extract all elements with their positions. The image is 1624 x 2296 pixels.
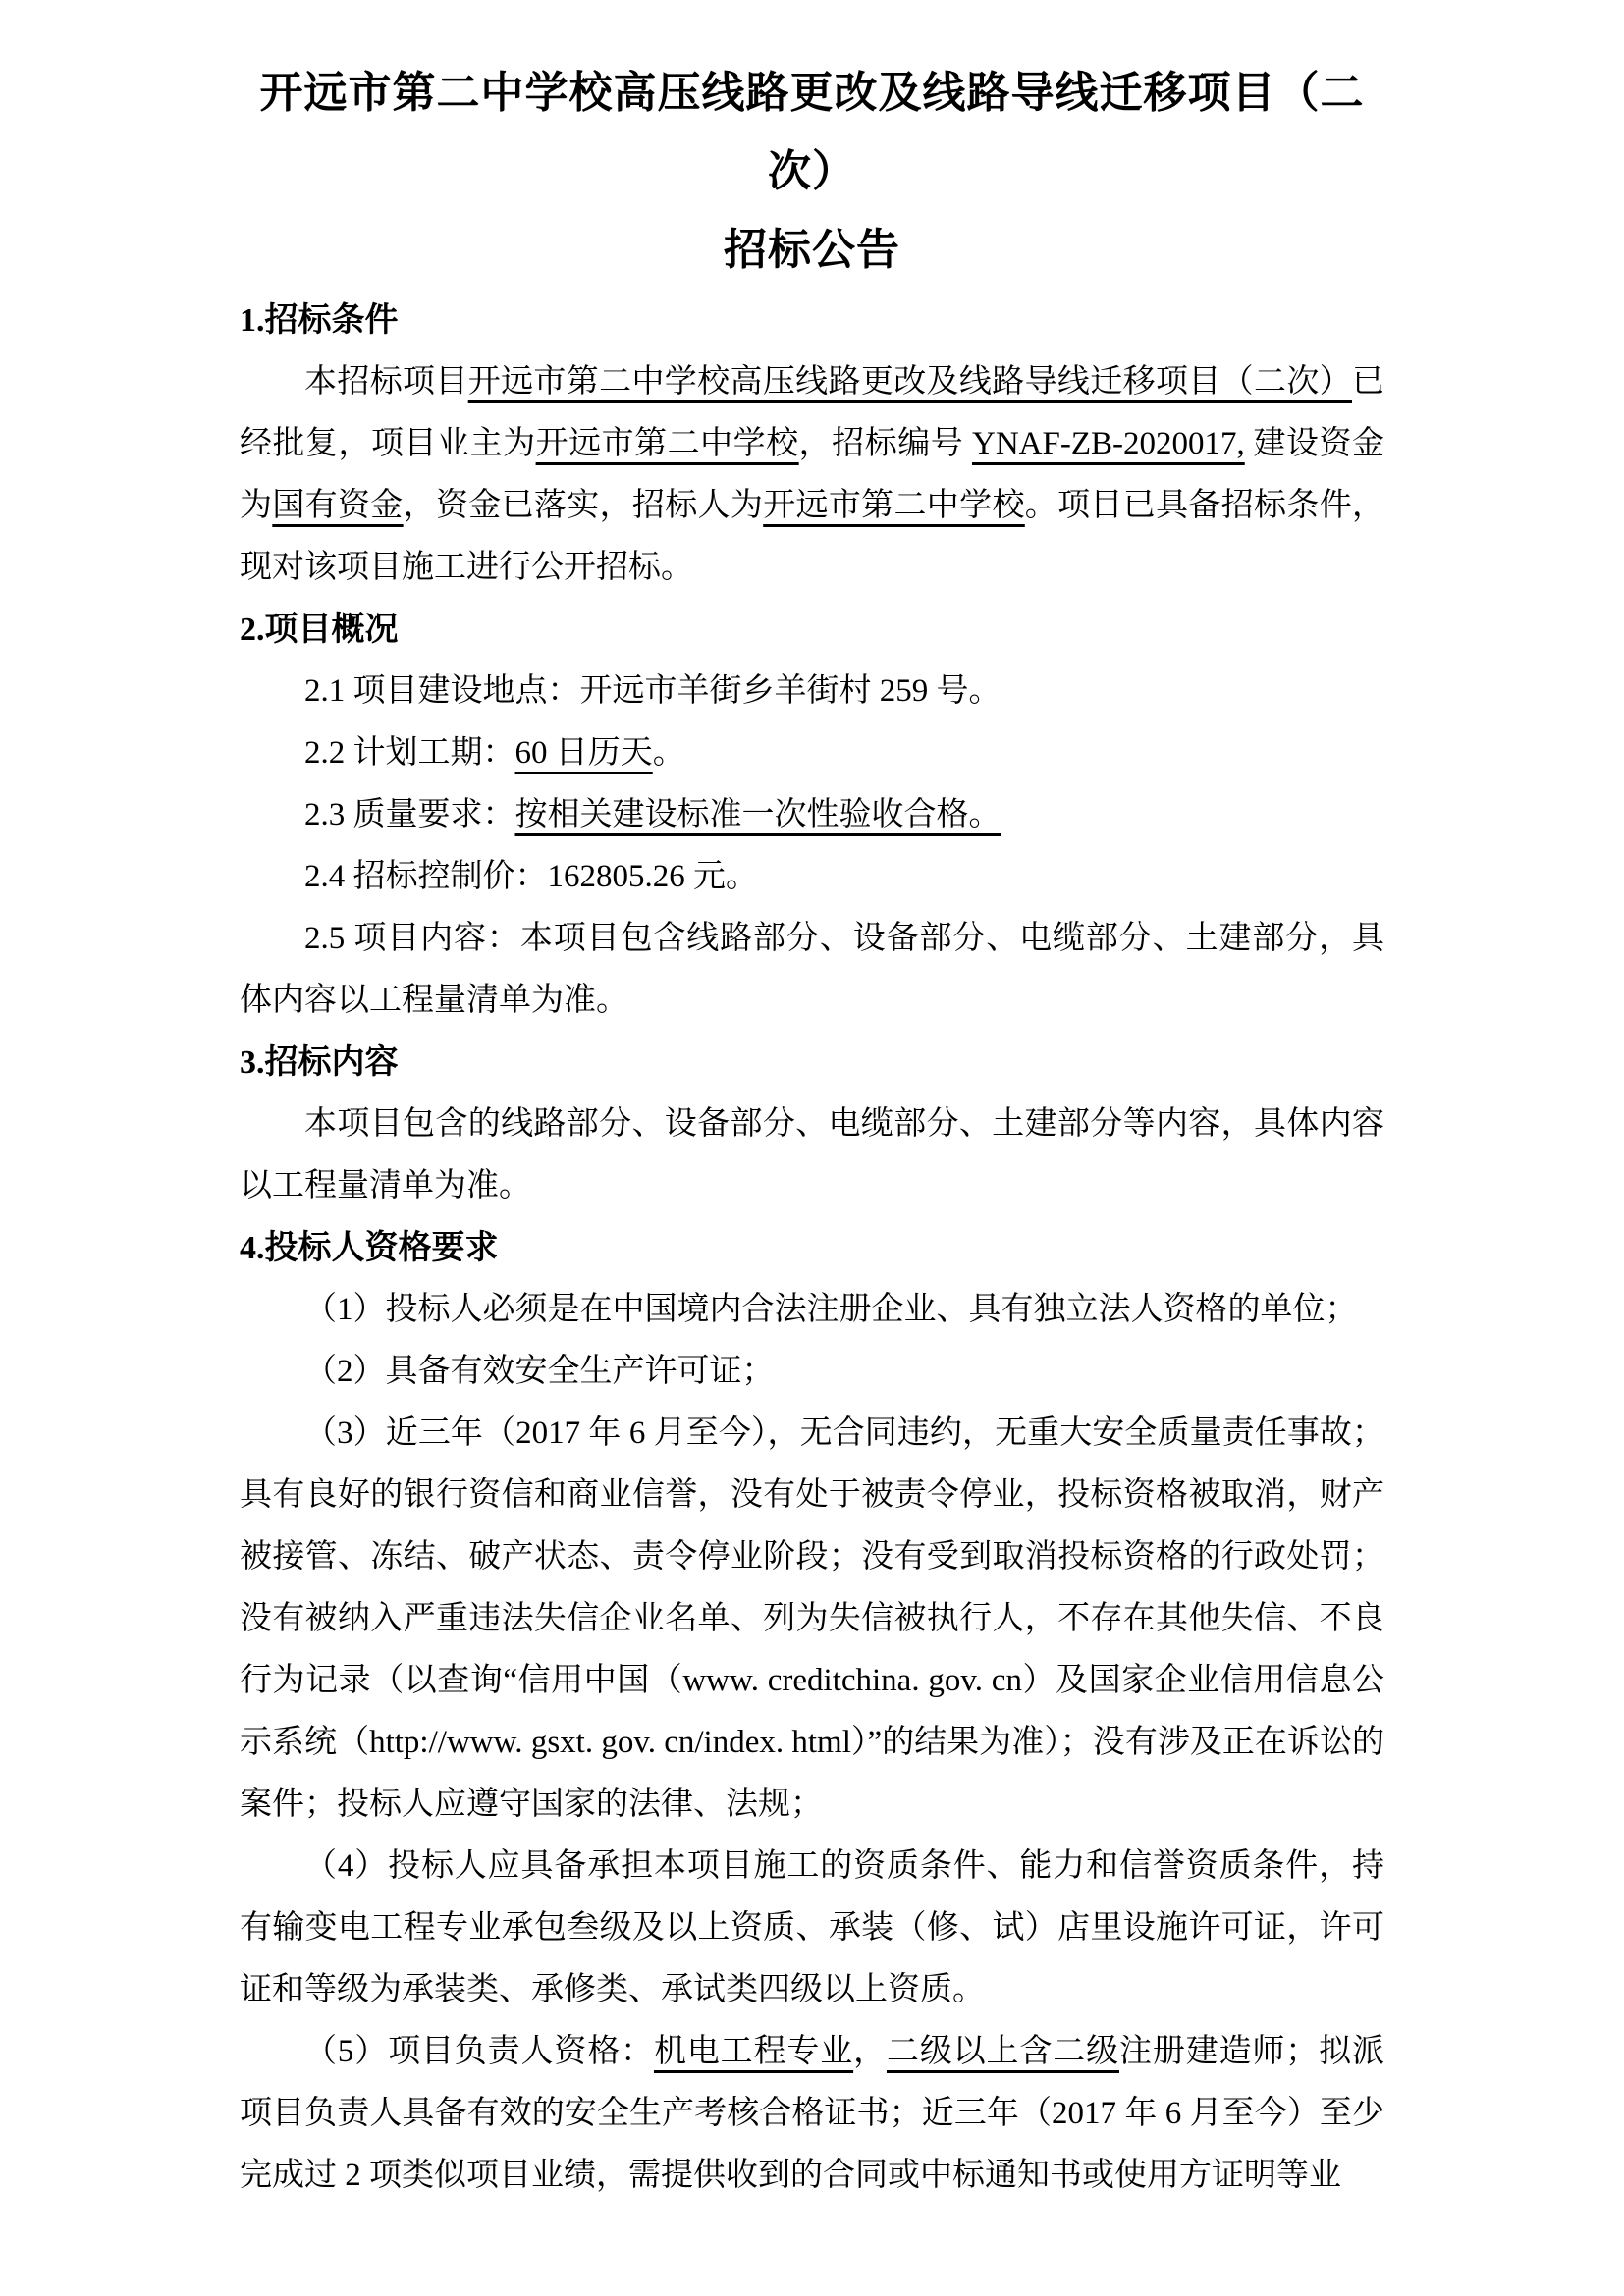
section-4-heading: 4.投标人资格要求 — [240, 1217, 1384, 1279]
item-2-5-content: 2.5 项目内容：本项目包含线路部分、设备部分、电缆部分、土建部分，具体内容以工… — [240, 908, 1384, 1032]
item-2-1-location: 2.1 项目建设地点：开远市羊街乡羊街村 259 号。 — [240, 661, 1384, 722]
item-4-1-registration: （1）投标人必须是在中国境内合法注册企业、具有独立法人资格的单位； — [240, 1279, 1384, 1341]
section-1-heading: 1.招标条件 — [240, 290, 1384, 351]
item-4-5-project-manager: （5）项目负责人资格：机电工程专业，二级以上含二级注册建造师；拟派项目负责人具备… — [240, 2021, 1384, 2207]
item-4-3-credit-record: （3）近三年（2017 年 6 月至今），无合同违约，无重大安全质量责任事故；具… — [240, 1403, 1384, 1836]
item-4-4-qualifications: （4）投标人应具备承担本项目施工的资质条件、能力和信誉资质条件，持有输变电工程专… — [240, 1836, 1384, 2021]
section-3-paragraph-scope: 本项目包含的线路部分、设备部分、电缆部分、土建部分等内容，具体内容以工程量清单为… — [240, 1094, 1384, 1217]
document-page: 开远市第二中学校高压线路更改及线路导线迁移项目（二次） 招标公告 1.招标条件 … — [0, 0, 1624, 2296]
section-2-heading: 2.项目概况 — [240, 599, 1384, 661]
item-2-3-quality: 2.3 质量要求：按相关建设标准一次性验收合格。 — [240, 784, 1384, 846]
section-3-heading: 3.招标内容 — [240, 1032, 1384, 1094]
item-2-4-control-price: 2.4 招标控制价：162805.26 元。 — [240, 846, 1384, 908]
item-4-2-safety-license: （2）具备有效安全生产许可证； — [240, 1341, 1384, 1403]
item-2-2-duration: 2.2 计划工期：60 日历天。 — [240, 722, 1384, 784]
document-title-line1: 开远市第二中学校高压线路更改及线路导线迁移项目（二次） — [240, 54, 1384, 211]
section-1-paragraph-conditions: 本招标项目开远市第二中学校高压线路更改及线路导线迁移项目（二次）已经批复，项目业… — [240, 351, 1384, 599]
document-title-line2: 招标公告 — [240, 211, 1384, 290]
